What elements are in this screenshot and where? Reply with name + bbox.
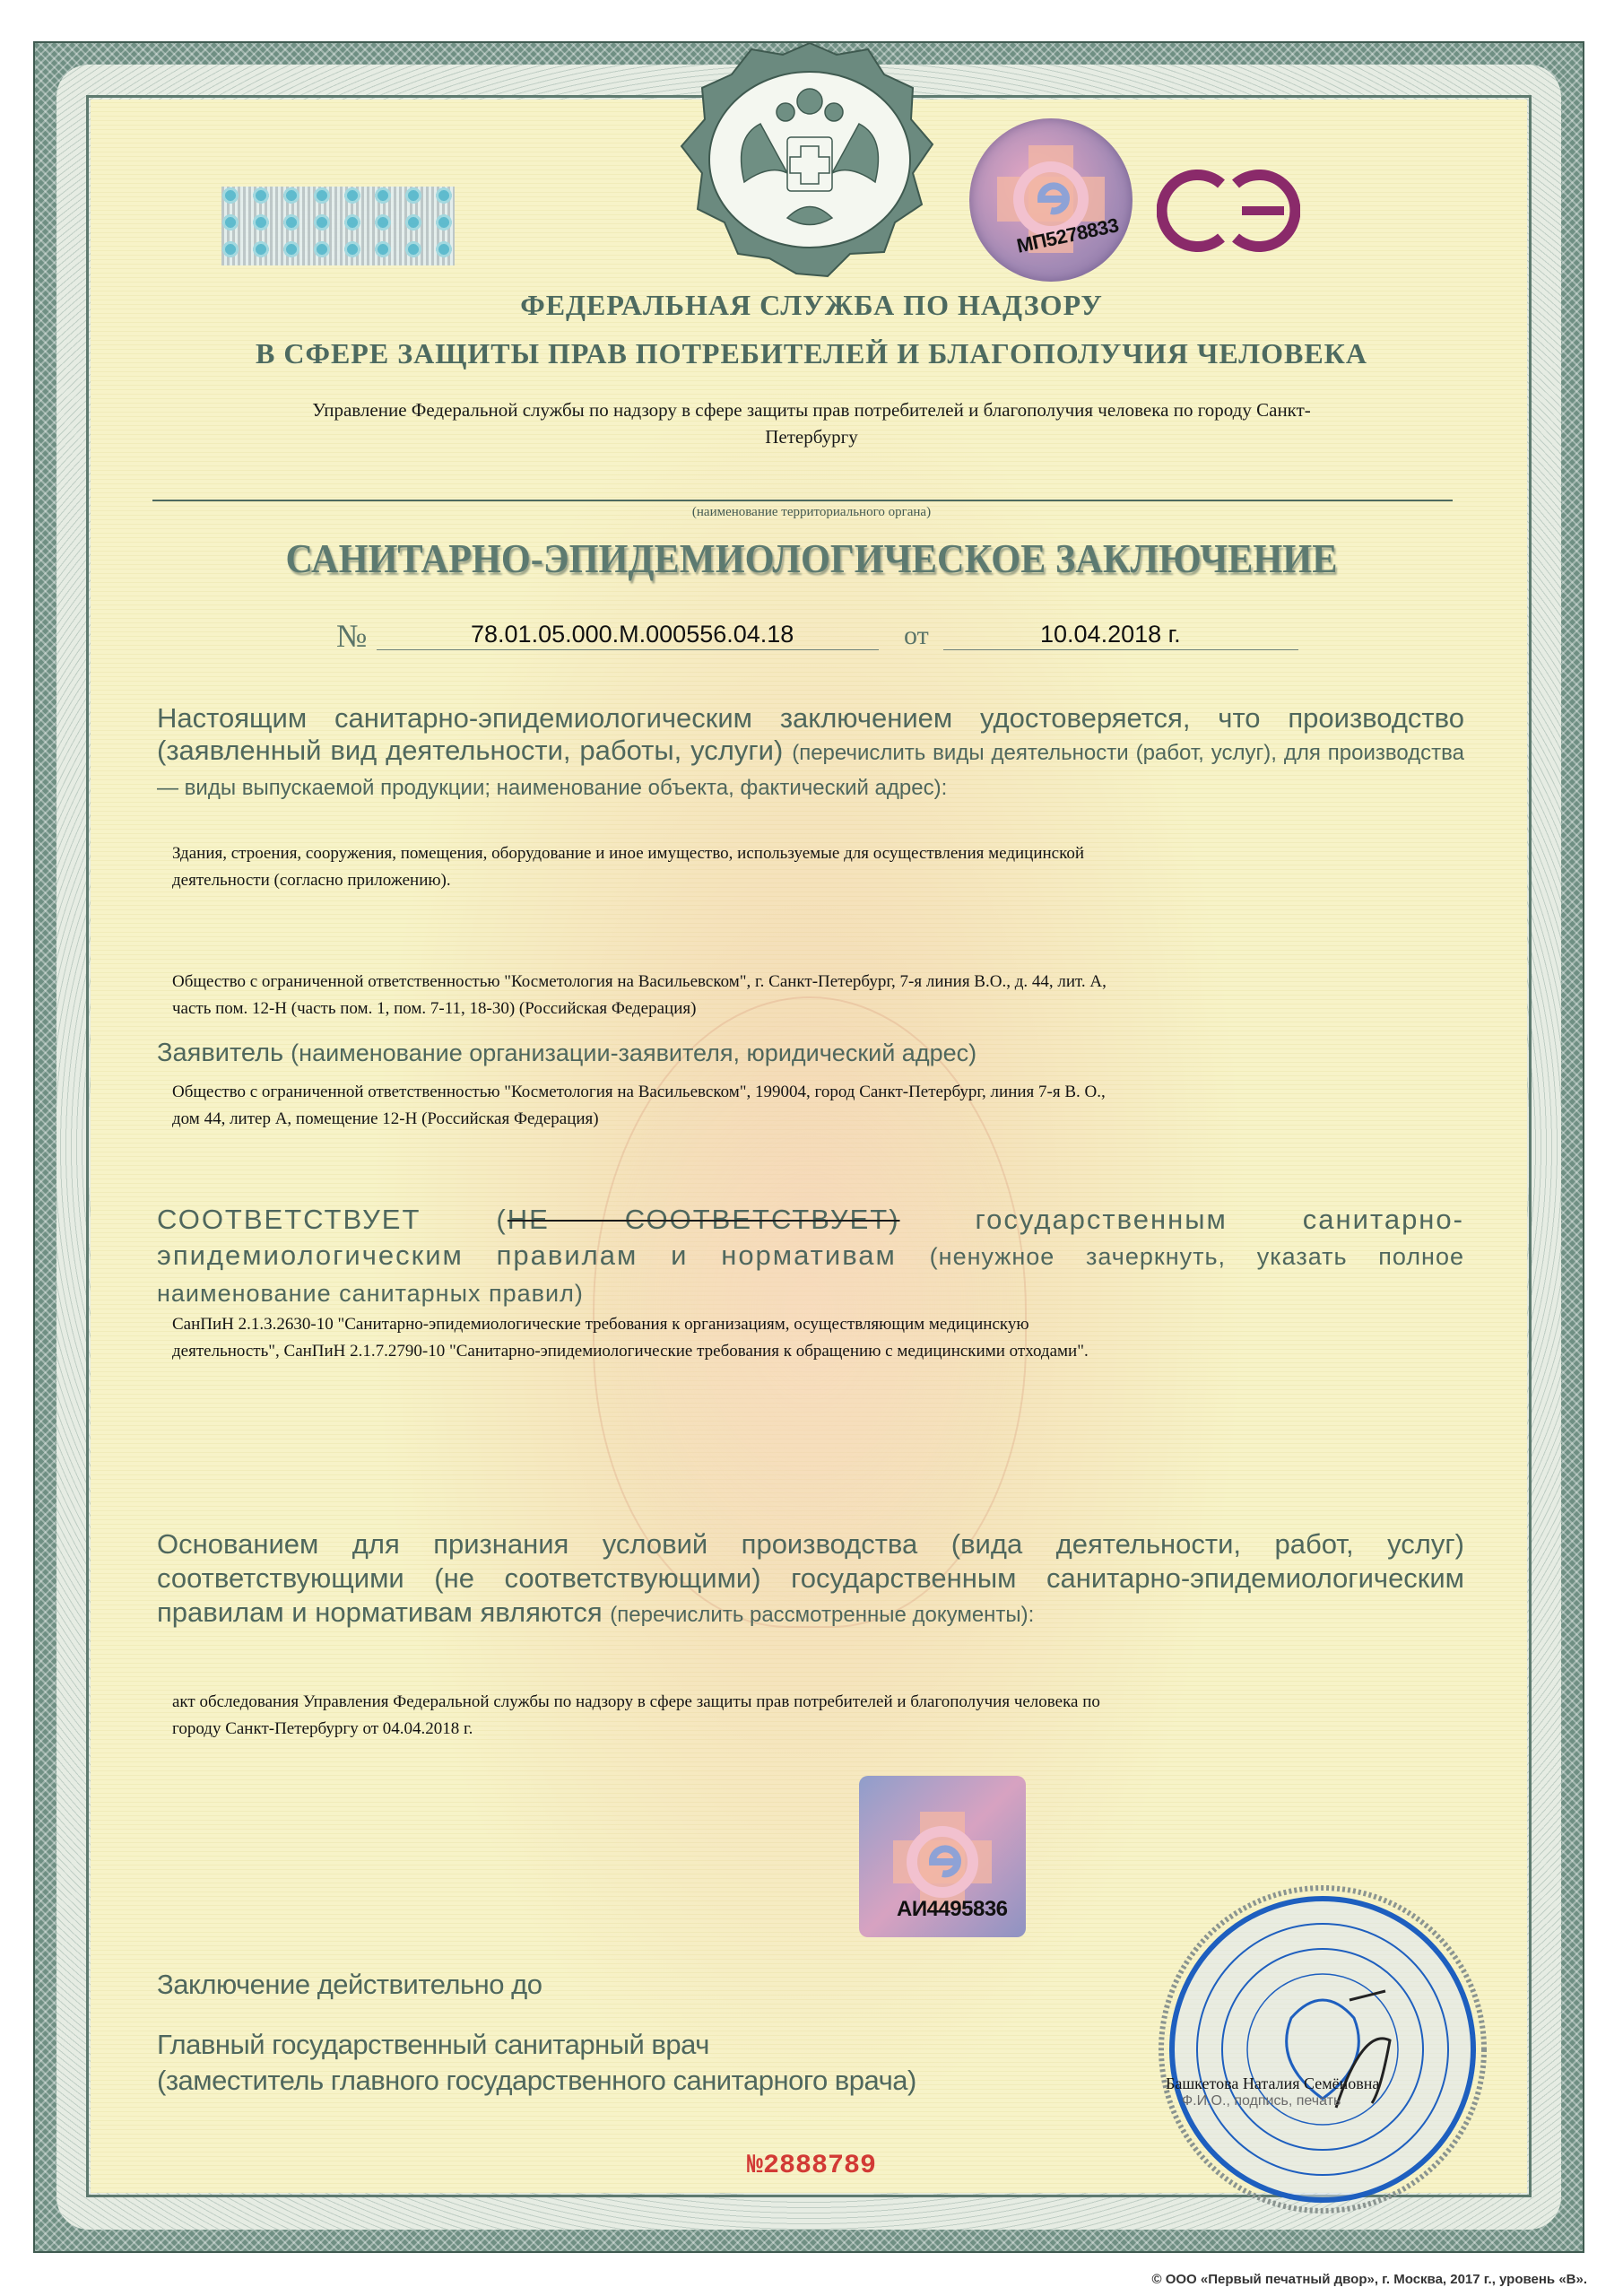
sanitary-rules-line2: деятельность", СанПиН 2.1.7.2790-10 "Сан… xyxy=(172,1338,1089,1365)
hologram-strip xyxy=(221,187,455,265)
applicant-label: Заявитель xyxy=(157,1039,283,1067)
activity-lead: Настоящим санитарно-эпидемиологическим з… xyxy=(157,702,1464,804)
applicant-value-line1: Общество с ограниченной ответственностью… xyxy=(172,1079,1106,1106)
signer-caption: Ф.И.О., подпись, печать xyxy=(1182,2093,1341,2109)
hologram-square-code: АИ4495836 xyxy=(897,1897,1008,1922)
territorial-body-line1: Управление Федеральной службы по надзору… xyxy=(215,396,1408,423)
number-label: № xyxy=(336,617,367,655)
object-address-line1: Общество с ограниченной ответственностью… xyxy=(172,969,1107,996)
applicant-lead: Заявитель (наименование организации-заяв… xyxy=(157,1038,1464,1068)
activity-value-line2: деятельности (согласно приложению). xyxy=(172,867,1084,894)
federal-emblem-icon xyxy=(671,39,949,281)
document-date: 10.04.2018 г. xyxy=(1040,621,1181,648)
territorial-body-rule xyxy=(152,500,1453,501)
basis-lead: Основанием для признания условий произво… xyxy=(157,1527,1464,1632)
territorial-body: Управление Федеральной службы по надзору… xyxy=(215,396,1408,450)
compliance-lead: СООТВЕТСТВУЕТ (НЕ СООТВЕТСТВУЕТ) государ… xyxy=(157,1202,1464,1311)
hologram-round-seal: МП5278833 xyxy=(969,118,1133,282)
document-number: 78.01.05.000.М.000556.04.18 xyxy=(471,621,794,648)
applicant-value: Общество с ограниченной ответственностью… xyxy=(172,1079,1106,1133)
printer-note: © ООО «Первый печатный двор», г. Москва,… xyxy=(1151,2272,1587,2287)
sanitary-rules-line1: СанПиН 2.1.3.2630-10 "Санитарно-эпидемио… xyxy=(172,1311,1089,1338)
hologram-square-seal: АИ4495836 xyxy=(859,1776,1026,1937)
territorial-body-caption: (наименование территориального органа) xyxy=(0,505,1623,520)
applicant-value-line2: дом 44, литер А, помещение 12-Н (Российс… xyxy=(172,1106,1106,1133)
territorial-body-line2: Петербургу xyxy=(215,423,1408,450)
basis-hint: (перечислить рассмотренные документы): xyxy=(610,1603,1034,1627)
basis-value: акт обследования Управления Федеральной … xyxy=(172,1689,1100,1743)
basis-value-line2: городу Санкт-Петербургу от 04.04.2018 г. xyxy=(172,1716,1100,1743)
non-compliance-struck: НЕ СООТВЕТСТВУЕТ) xyxy=(508,1204,900,1235)
activity-value-line1: Здания, строения, сооружения, помещения,… xyxy=(172,840,1084,867)
applicant-hint: (наименование организации-заявителя, юри… xyxy=(291,1039,976,1066)
rospotrebnadzor-logo-icon xyxy=(969,118,1133,282)
compliance-verdict: СООТВЕТСТВУЕТ xyxy=(157,1204,421,1235)
object-address-line2: часть пом. 12-Н (часть пом. 1, пом. 7-11… xyxy=(172,996,1107,1022)
sanitary-rules-value: СанПиН 2.1.3.2630-10 "Санитарно-эпидемио… xyxy=(172,1311,1089,1365)
number-underline xyxy=(377,649,879,650)
signer-name: Башкетова Наталия Семёновна xyxy=(1166,2074,1379,2093)
basis-value-line1: акт обследования Управления Федеральной … xyxy=(172,1689,1100,1716)
agency-name-line1: ФЕДЕРАЛЬНАЯ СЛУЖБА ПО НАДЗОРУ xyxy=(0,289,1623,322)
activity-value: Здания, строения, сооружения, помещения,… xyxy=(172,840,1084,894)
date-label: от xyxy=(904,621,929,651)
form-serial-number: №2888789 xyxy=(0,2151,1623,2181)
date-underline xyxy=(943,649,1298,650)
document-title: САНИТАРНО-ЭПИДЕМИОЛОГИЧЕСКОЕ ЗАКЛЮЧЕНИЕ xyxy=(65,535,1558,582)
ce-conformity-mark-icon xyxy=(1157,166,1300,256)
compliance-paren: ( xyxy=(496,1204,507,1235)
object-address: Общество с ограниченной ответственностью… xyxy=(172,969,1107,1022)
agency-name-line2: В СФЕРЕ ЗАЩИТЫ ПРАВ ПОТРЕБИТЕЛЕЙ И БЛАГО… xyxy=(0,337,1623,370)
